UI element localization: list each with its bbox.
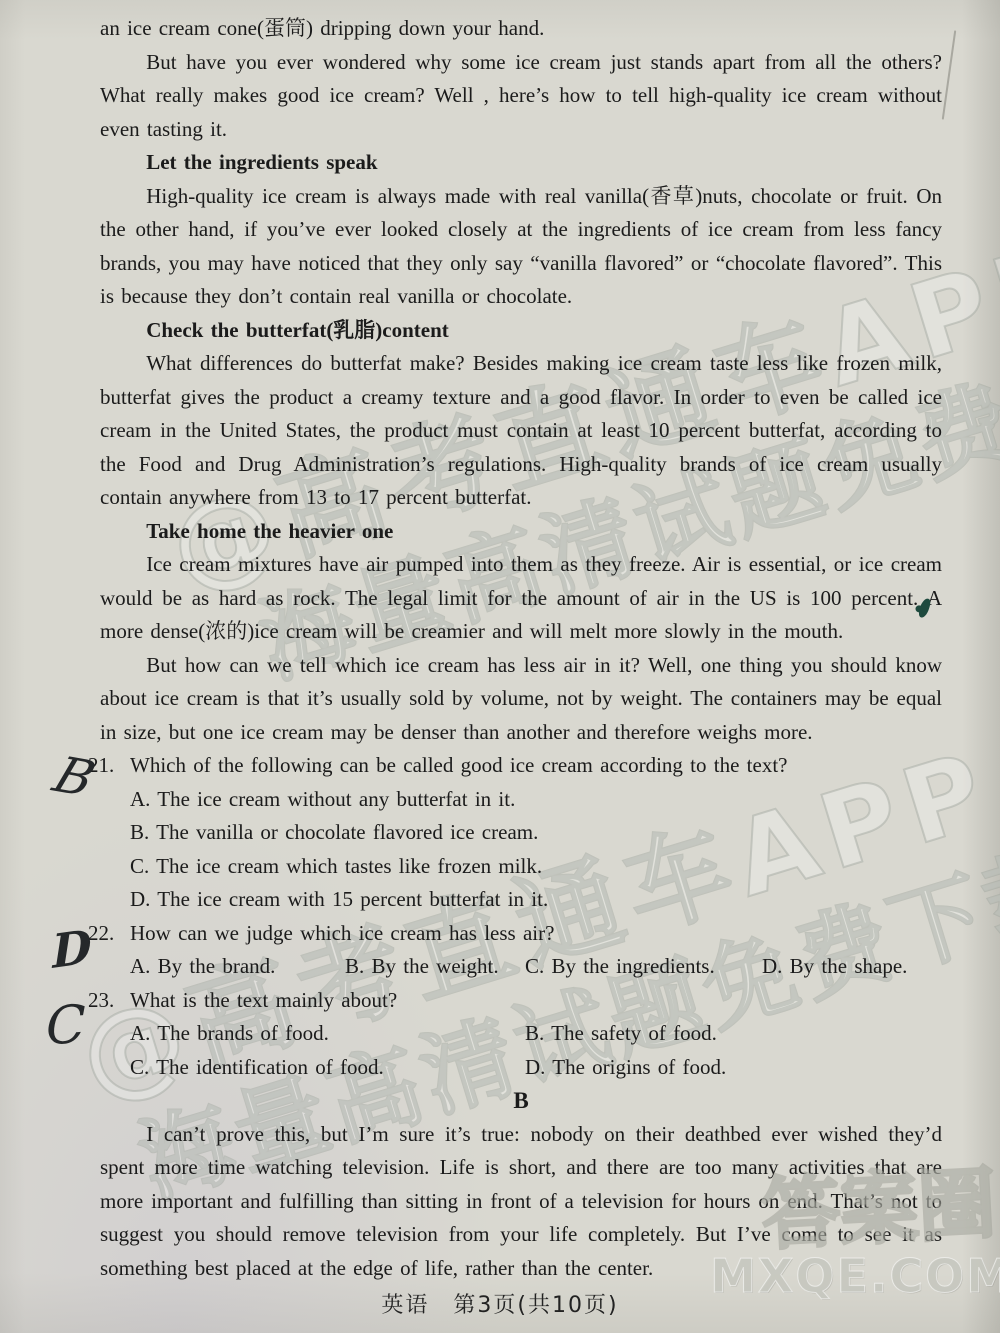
question-21-number: 21. <box>88 749 130 783</box>
passage-a-continued-line: an ice cream cone(蛋筒) dripping down your… <box>100 12 942 46</box>
question-22-stem: How can we judge which ice cream has les… <box>130 921 554 945</box>
question-22-number: 22. <box>88 917 130 951</box>
question-22: 22.How can we judge which ice cream has … <box>88 917 942 984</box>
page-footer: 英语 第3页(共10页) <box>0 1288 1000 1319</box>
passage-a-paragraph-heavier: Ice cream mixtures have air pumped into … <box>100 548 942 649</box>
passage-a-paragraph-butterfat: What differences do butterfat make? Besi… <box>100 347 942 515</box>
question-22-option-b: B. By the weight. <box>345 950 525 984</box>
question-21: 21.Which of the following can be called … <box>88 749 942 917</box>
passage-a-closing-paragraph: But how can we tell which ice cream has … <box>100 649 942 750</box>
exam-page-content: an ice cream cone(蛋筒) dripping down your… <box>100 12 942 1285</box>
handwritten-mark-q23: C <box>46 995 86 1058</box>
question-22-option-c: C. By the ingredients. <box>525 950 762 984</box>
question-21-option-d: D. The ice cream with 15 percent butterf… <box>88 883 942 917</box>
passage-a-heading-heavier: Take home the heavier one <box>100 515 942 549</box>
page-edge-crease <box>942 30 957 119</box>
question-22-option-a: A. By the brand. <box>130 950 345 984</box>
question-21-stem: Which of the following can be called goo… <box>130 753 788 777</box>
question-23-option-c: C. The identification of food. <box>130 1051 525 1085</box>
passage-a-intro: But have you ever wondered why some ice … <box>100 46 942 147</box>
passage-a-heading-butterfat: Check the butterfat(乳脂)content <box>100 314 942 348</box>
question-22-option-d: D. By the shape. <box>762 950 942 984</box>
passage-a-heading-ingredients: Let the ingredients speak <box>100 146 942 180</box>
question-23-option-d: D. The origins of food. <box>525 1051 942 1085</box>
question-23-stem: What is the text mainly about? <box>130 988 397 1012</box>
question-23: 23.What is the text mainly about? A. The… <box>88 984 942 1085</box>
passage-a-paragraph-ingredients: High-quality ice cream is always made wi… <box>100 180 942 314</box>
handwritten-mark-q22: D <box>51 919 92 979</box>
question-23-option-a: A. The brands of food. <box>130 1017 525 1051</box>
passage-b-paragraph: I can’t prove this, but I’m sure it’s tr… <box>100 1118 942 1286</box>
question-21-option-b: B. The vanilla or chocolate flavored ice… <box>88 816 942 850</box>
question-21-option-a: A. The ice cream without any butterfat i… <box>88 783 942 817</box>
question-21-option-c: C. The ice cream which tastes like froze… <box>88 850 942 884</box>
section-b-label: B <box>100 1084 942 1118</box>
question-23-option-b: B. The safety of food. <box>525 1017 942 1051</box>
question-23-number: 23. <box>88 984 130 1018</box>
